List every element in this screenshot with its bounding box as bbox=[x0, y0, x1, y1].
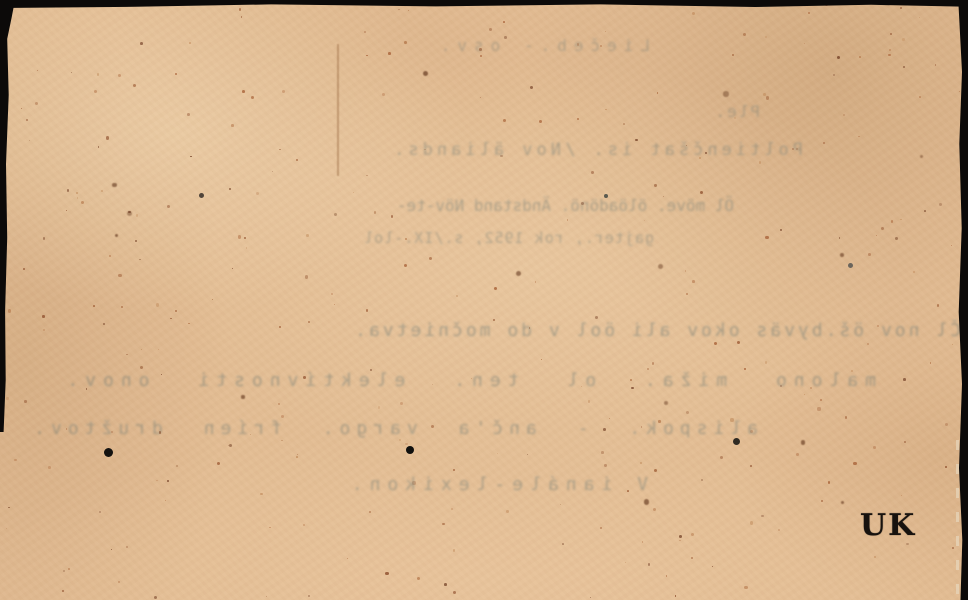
ghost-text-line: V ianále-lexikon. bbox=[348, 474, 648, 495]
ink-dot bbox=[733, 438, 740, 445]
ghost-text-line: Ple. bbox=[706, 102, 760, 121]
ghost-text-line: alispok. - anč'a vargo. fríen družtov. bbox=[2, 418, 758, 439]
ghost-text-line: Čl nov öš.byväs okov ali öol v do močnie… bbox=[343, 320, 961, 341]
ink-dot bbox=[199, 193, 204, 198]
ghost-text-line: gajter., rok 1952, s./IX.-lol bbox=[376, 229, 654, 247]
ink-dot bbox=[104, 448, 113, 457]
ink-dot bbox=[604, 194, 608, 198]
paper-crease bbox=[337, 44, 339, 176]
ghost-text-line: Poltienčšat is. /Nov äliands. bbox=[383, 140, 803, 160]
ghost-text-line: Liečeb.- osv. bbox=[420, 36, 650, 55]
library-stamp-uk: UK bbox=[860, 508, 916, 543]
torn-edge-dashes bbox=[956, 440, 959, 600]
ink-dot bbox=[406, 446, 414, 454]
ink-dot bbox=[848, 263, 853, 268]
scanned-card-image: Liečeb.- osv. Ple. Poltienčšat is. /Nov … bbox=[0, 0, 968, 600]
ghost-text-line: Öl möve. ölöadönö. Ändstand Növ-te- bbox=[366, 196, 734, 215]
ghost-text-line: malono miža. ol ten. elektívnosti onov. bbox=[4, 370, 876, 391]
paper-surface bbox=[0, 0, 968, 600]
